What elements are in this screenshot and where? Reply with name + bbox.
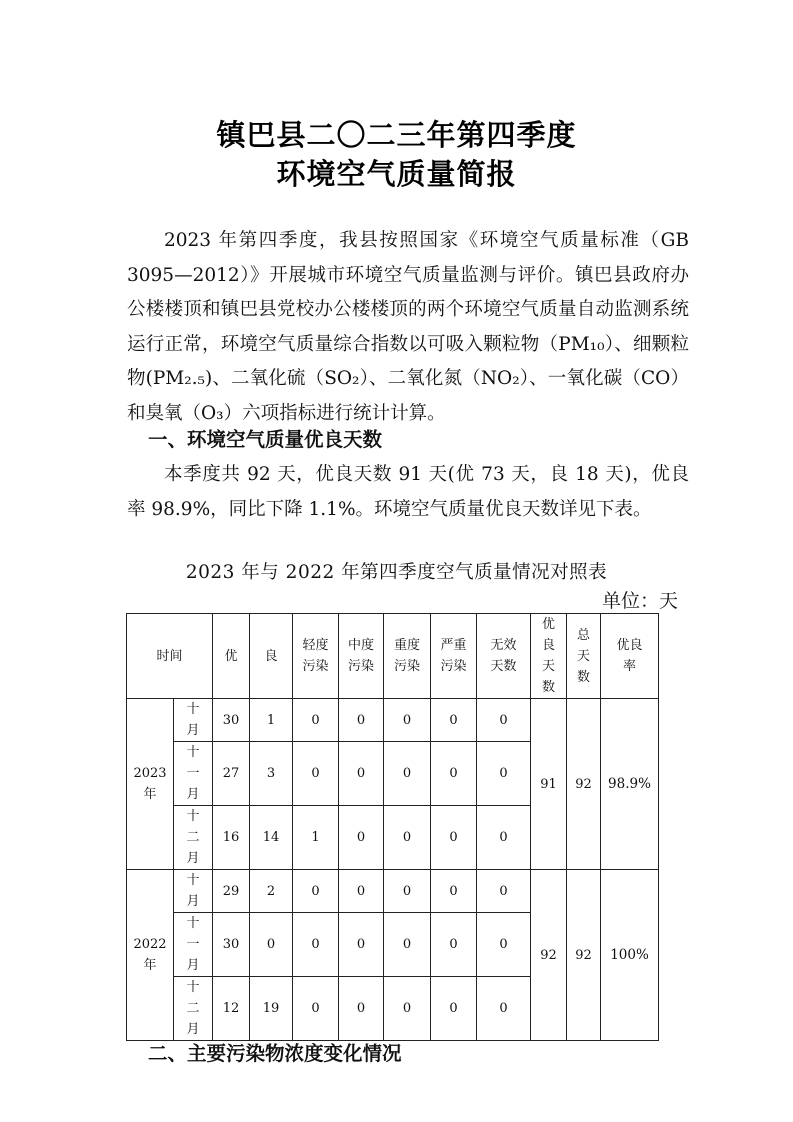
year-cell-2022: 2022年: [127, 870, 174, 1041]
cell-light: 0: [293, 742, 339, 806]
month-label: 十月: [186, 870, 200, 912]
cell-excellent: 12: [213, 977, 250, 1041]
cell-total-days: 92: [567, 870, 601, 1041]
cell-rate: 100%: [601, 870, 659, 1041]
cell-severe: 0: [431, 870, 477, 913]
intro-paragraph: 2023 年第四季度，我县按照国家《环境空气质量标准（GB 3095—2012）…: [127, 224, 689, 431]
cell-good: 2: [250, 870, 293, 913]
header-time: 时间: [127, 614, 213, 699]
year-cell-2023: 2023年: [127, 699, 174, 870]
month-label: 十二月: [186, 977, 200, 1040]
table-caption: 2023 年与 2022 年第四季度空气质量情况对照表: [0, 558, 793, 584]
cell-severe: 0: [431, 913, 477, 977]
table-row: 2022年 十月 29 2 0 0 0 0 0 92 92 100%: [127, 870, 659, 913]
cell-good-days: 91: [531, 699, 567, 870]
cell-good: 1: [250, 699, 293, 742]
month-label: 十二月: [186, 806, 200, 869]
table-row: 2023年 十月 30 1 0 0 0 0 0 91 92 98.9%: [127, 699, 659, 742]
report-title-line1: 镇巴县二〇二三年第四季度: [0, 113, 793, 154]
cell-heavy: 0: [384, 699, 431, 742]
month-cell: 十二月: [174, 806, 213, 870]
header-rate: 优良率: [601, 614, 659, 699]
month-label: 十一月: [186, 913, 200, 976]
cell-invalid: 0: [477, 913, 531, 977]
section1-heading: 一、环境空气质量优良天数: [148, 424, 382, 452]
cell-invalid: 0: [477, 742, 531, 806]
header-good-days-label: 优良天数: [541, 614, 555, 698]
header-rate-label: 优良率: [615, 635, 644, 677]
header-good-days: 优良天数: [531, 614, 567, 699]
year-label: 2023年: [133, 763, 167, 805]
cell-light: 0: [293, 977, 339, 1041]
cell-light: 0: [293, 913, 339, 977]
cell-moderate: 0: [339, 742, 384, 806]
month-label: 十一月: [186, 742, 200, 805]
cell-severe: 0: [431, 742, 477, 806]
month-cell: 十一月: [174, 742, 213, 806]
cell-heavy: 0: [384, 913, 431, 977]
cell-heavy: 0: [384, 870, 431, 913]
air-quality-table: 时间 优 良 轻度污染 中度污染 重度污染 严重污染 无效天数 优良天数 总天数…: [126, 613, 659, 1041]
header-severe-label: 严重污染: [439, 635, 468, 677]
cell-good-days: 92: [531, 870, 567, 1041]
section1-paragraph: 本季度共 92 天，优良天数 91 天(优 73 天，良 18 天)，优良率 9…: [127, 458, 689, 527]
header-light: 轻度污染: [293, 614, 339, 699]
cell-light: 0: [293, 699, 339, 742]
header-invalid: 无效天数: [477, 614, 531, 699]
cell-heavy: 0: [384, 742, 431, 806]
cell-light: 0: [293, 870, 339, 913]
cell-invalid: 0: [477, 806, 531, 870]
header-excellent: 优: [213, 614, 250, 699]
section2-heading: 二、主要污染物浓度变化情况: [148, 1038, 402, 1066]
cell-severe: 0: [431, 977, 477, 1041]
header-severe: 严重污染: [431, 614, 477, 699]
header-total-days: 总天数: [567, 614, 601, 699]
header-good: 良: [250, 614, 293, 699]
cell-excellent: 30: [213, 913, 250, 977]
cell-good: 19: [250, 977, 293, 1041]
cell-excellent: 27: [213, 742, 250, 806]
cell-excellent: 30: [213, 699, 250, 742]
header-heavy-label: 重度污染: [393, 635, 422, 677]
cell-moderate: 0: [339, 977, 384, 1041]
cell-light: 1: [293, 806, 339, 870]
cell-total-days: 92: [567, 699, 601, 870]
cell-rate: 98.9%: [601, 699, 659, 870]
header-moderate: 中度污染: [339, 614, 384, 699]
cell-excellent: 16: [213, 806, 250, 870]
cell-moderate: 0: [339, 913, 384, 977]
report-title-line2: 环境空气质量简报: [0, 152, 793, 193]
header-total-days-label: 总天数: [576, 625, 590, 688]
cell-heavy: 0: [384, 977, 431, 1041]
month-label: 十月: [186, 699, 200, 741]
cell-good: 0: [250, 913, 293, 977]
cell-heavy: 0: [384, 806, 431, 870]
month-cell: 十月: [174, 699, 213, 742]
header-invalid-label: 无效天数: [489, 635, 518, 677]
cell-good: 14: [250, 806, 293, 870]
month-cell: 十一月: [174, 913, 213, 977]
month-cell: 十二月: [174, 977, 213, 1041]
cell-invalid: 0: [477, 699, 531, 742]
header-moderate-label: 中度污染: [347, 635, 376, 677]
table-header-row: 时间 优 良 轻度污染 中度污染 重度污染 严重污染 无效天数 优良天数 总天数…: [127, 614, 659, 699]
month-cell: 十月: [174, 870, 213, 913]
cell-excellent: 29: [213, 870, 250, 913]
cell-invalid: 0: [477, 870, 531, 913]
cell-moderate: 0: [339, 806, 384, 870]
year-label: 2022年: [133, 934, 167, 976]
cell-severe: 0: [431, 806, 477, 870]
header-heavy: 重度污染: [384, 614, 431, 699]
cell-moderate: 0: [339, 870, 384, 913]
table-unit: 单位：天: [602, 586, 678, 613]
cell-moderate: 0: [339, 699, 384, 742]
header-light-label: 轻度污染: [301, 635, 330, 677]
cell-severe: 0: [431, 699, 477, 742]
cell-invalid: 0: [477, 977, 531, 1041]
cell-good: 3: [250, 742, 293, 806]
